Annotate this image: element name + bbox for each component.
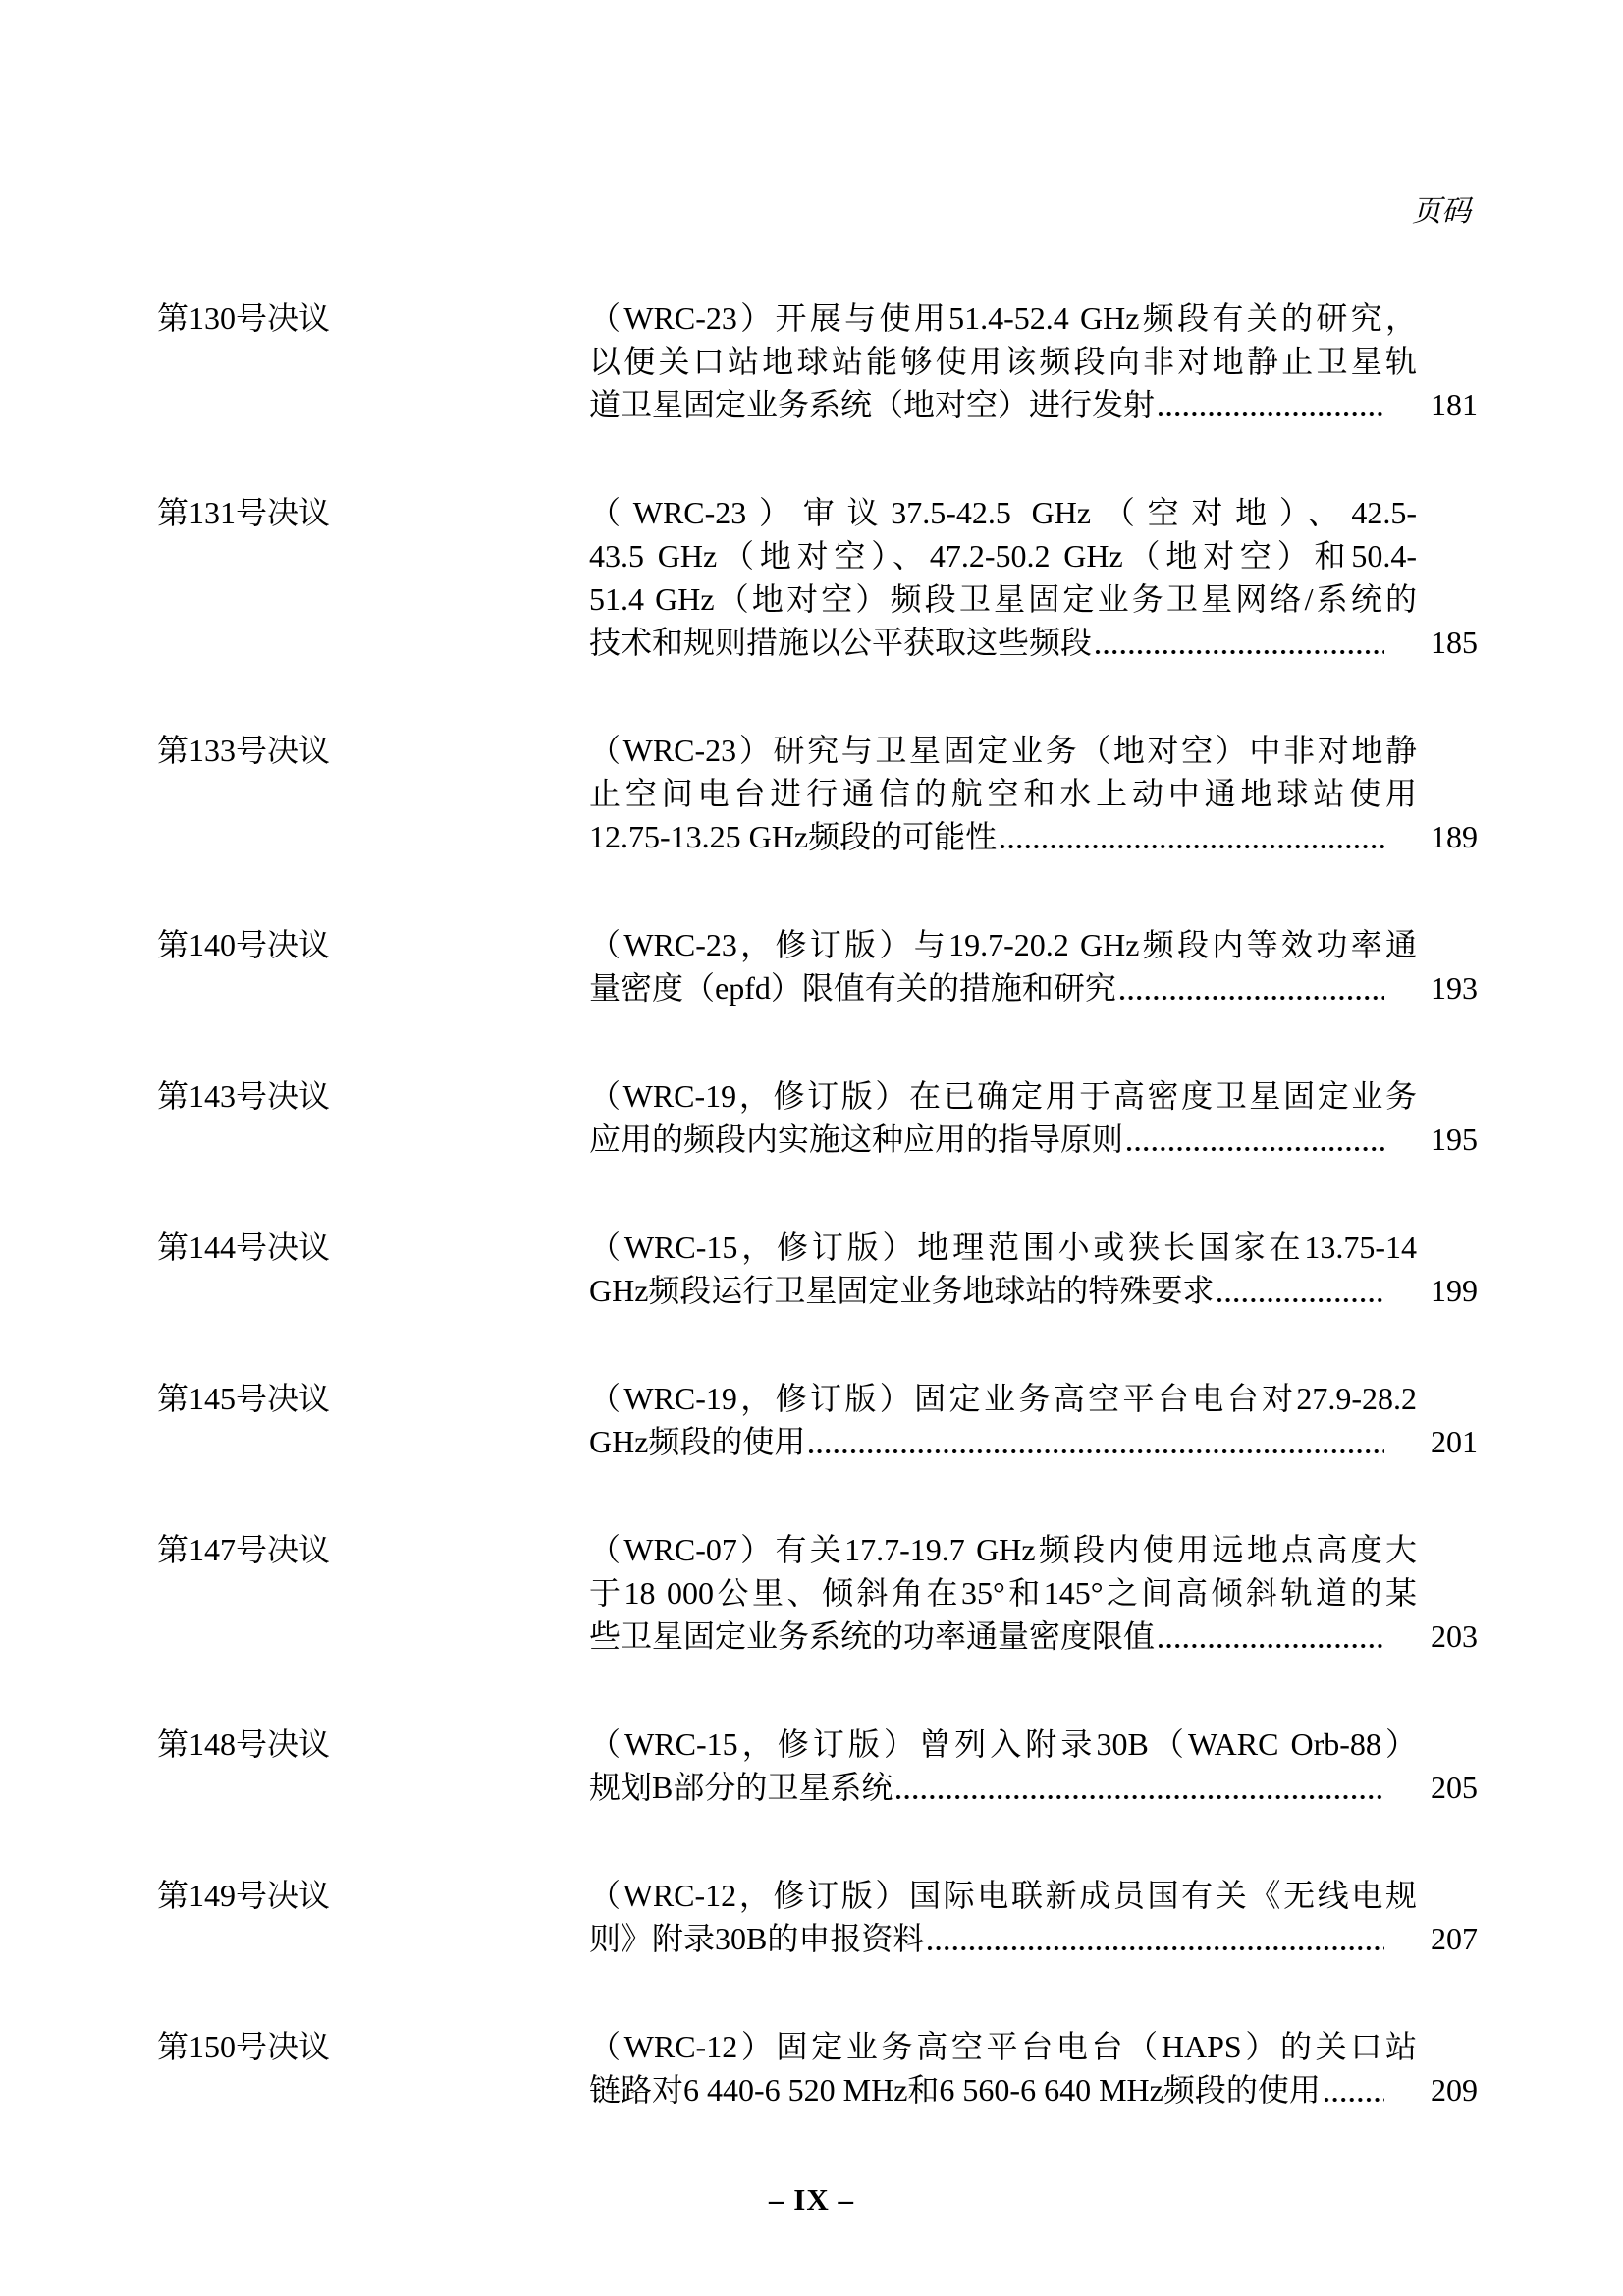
toc-last-line: 应用的频段内实施这种应用的指导原则195: [589, 1118, 1478, 1161]
toc-line: （WRC-23）审议37.5-42.5 GHz（空对地）、42.5-: [589, 491, 1478, 534]
page-number: 195: [1387, 1118, 1478, 1161]
toc-entry: 第133号决议（WRC-23）研究与卫星固定业务（地对空）中非对地静止空间电台进…: [157, 729, 1478, 858]
resolution-description: （WRC-23）研究与卫星固定业务（地对空）中非对地静止空间电台进行通信的航空和…: [589, 729, 1478, 858]
page-number: 193: [1387, 966, 1478, 1010]
page-number: 185: [1387, 621, 1478, 664]
toc-line: （WRC-15，修订版）曾列入附录30B（WARC Orb-88）: [589, 1722, 1478, 1766]
resolution-description: （WRC-12）固定业务高空平台电台（HAPS）的关口站链路对6 440-6 5…: [589, 2025, 1478, 2111]
header-page-label: 页码: [1412, 192, 1471, 232]
resolution-description: （WRC-23）开展与使用51.4-52.4 GHz频段有关的研究，以便关口站地…: [589, 297, 1478, 426]
toc-line: 51.4 GHz（地对空）频段卫星固定业务卫星网络/系统的: [589, 577, 1478, 621]
toc-line: 以便关口站地球站能够使用该频段向非对地静止卫星轨: [589, 340, 1478, 383]
toc-line: （WRC-12）固定业务高空平台电台（HAPS）的关口站: [589, 2025, 1478, 2068]
toc-line: 应用的频段内实施这种应用的指导原则: [589, 1118, 1123, 1161]
page-number: 207: [1387, 1917, 1478, 1960]
toc-line: 量密度（epfd）限值有关的措施和研究: [589, 966, 1116, 1010]
toc-line: （WRC-23，修订版）与19.7-20.2 GHz频段内等效功率通: [589, 923, 1478, 966]
toc-last-line: 则》附录30B的申报资料207: [589, 1917, 1478, 1960]
resolution-label: 第143号决议: [157, 1074, 589, 1161]
dot-leader: [1123, 1118, 1387, 1161]
toc-line: 止空间电台进行通信的航空和水上动中通地球站使用: [589, 772, 1478, 815]
resolution-label: 第133号决议: [157, 729, 589, 858]
toc-last-line: 规划B部分的卫星系统205: [589, 1766, 1478, 1809]
dot-leader: [1092, 621, 1387, 664]
page-number: 209: [1387, 2068, 1478, 2111]
resolution-label: 第144号决议: [157, 1226, 589, 1312]
page-number: 205: [1387, 1766, 1478, 1809]
toc-last-line: 些卫星固定业务系统的功率通量密度限值203: [589, 1614, 1478, 1658]
dot-leader: [893, 1766, 1387, 1809]
toc-line: 43.5 GHz（地对空）、47.2-50.2 GHz（地对空）和50.4-: [589, 534, 1478, 577]
resolution-description: （WRC-12，修订版）国际电联新成员国有关《无线电规则》附录30B的申报资料2…: [589, 1874, 1478, 1960]
toc-line: GHz频段运行卫星固定业务地球站的特殊要求: [589, 1269, 1214, 1312]
toc-line: （WRC-19，修订版）固定业务高空平台电台对27.9-28.2: [589, 1377, 1478, 1420]
toc-entry: 第150号决议（WRC-12）固定业务高空平台电台（HAPS）的关口站链路对6 …: [157, 2025, 1478, 2111]
page-number: 203: [1387, 1614, 1478, 1658]
toc-entry: 第149号决议（WRC-12，修订版）国际电联新成员国有关《无线电规则》附录30…: [157, 1874, 1478, 1960]
resolution-label: 第145号决议: [157, 1377, 589, 1463]
resolution-label: 第149号决议: [157, 1874, 589, 1960]
toc-last-line: 链路对6 440-6 520 MHz和6 560-6 640 MHz频段的使用2…: [589, 2068, 1478, 2111]
resolution-description: （WRC-23，修订版）与19.7-20.2 GHz频段内等效功率通量密度（ep…: [589, 923, 1478, 1010]
toc-line: 道卫星固定业务系统（地对空）进行发射: [589, 383, 1155, 426]
dot-leader: [1155, 1614, 1387, 1658]
resolution-description: （WRC-07）有关17.7-19.7 GHz频段内使用远地点高度大于18 00…: [589, 1528, 1478, 1658]
resolution-description: （WRC-15，修订版）地理范围小或狭长国家在13.75-14GHz频段运行卫星…: [589, 1226, 1478, 1312]
toc-last-line: 量密度（epfd）限值有关的措施和研究193: [589, 966, 1478, 1010]
page-number: 189: [1387, 815, 1478, 858]
dot-leader: [1116, 966, 1387, 1010]
resolution-description: （WRC-15，修订版）曾列入附录30B（WARC Orb-88）规划B部分的卫…: [589, 1722, 1478, 1809]
resolution-description: （WRC-23）审议37.5-42.5 GHz（空对地）、42.5-43.5 G…: [589, 491, 1478, 664]
toc-line: 12.75-13.25 GHz频段的可能性: [589, 815, 997, 858]
toc-last-line: 12.75-13.25 GHz频段的可能性189: [589, 815, 1478, 858]
page-number: 201: [1387, 1420, 1478, 1463]
toc-entry: 第147号决议（WRC-07）有关17.7-19.7 GHz频段内使用远地点高度…: [157, 1528, 1478, 1658]
toc-entry: 第143号决议（WRC-19，修订版）在已确定用于高密度卫星固定业务应用的频段内…: [157, 1074, 1478, 1161]
dot-leader: [1214, 1269, 1387, 1312]
toc-entry: 第131号决议（WRC-23）审议37.5-42.5 GHz（空对地）、42.5…: [157, 491, 1478, 664]
page-number: 199: [1387, 1269, 1478, 1312]
toc-line: （WRC-12，修订版）国际电联新成员国有关《无线电规: [589, 1874, 1478, 1917]
document-page: 页码 第130号决议（WRC-23）开展与使用51.4-52.4 GHz频段有关…: [0, 0, 1623, 2296]
dot-leader: [805, 1420, 1387, 1463]
toc-line: （WRC-19，修订版）在已确定用于高密度卫星固定业务: [589, 1074, 1478, 1118]
toc-entry: 第148号决议（WRC-15，修订版）曾列入附录30B（WARC Orb-88）…: [157, 1722, 1478, 1809]
dot-leader: [924, 1917, 1387, 1960]
toc-line: 则》附录30B的申报资料: [589, 1917, 924, 1960]
resolution-label: 第130号决议: [157, 297, 589, 426]
toc-line: 些卫星固定业务系统的功率通量密度限值: [589, 1614, 1155, 1658]
resolution-label: 第147号决议: [157, 1528, 589, 1658]
toc-entry: 第145号决议（WRC-19，修订版）固定业务高空平台电台对27.9-28.2G…: [157, 1377, 1478, 1463]
toc-last-line: GHz频段的使用201: [589, 1420, 1478, 1463]
toc-list: 第130号决议（WRC-23）开展与使用51.4-52.4 GHz频段有关的研究…: [157, 297, 1478, 2176]
dot-leader: [997, 815, 1387, 858]
toc-entry: 第144号决议（WRC-15，修订版）地理范围小或狭长国家在13.75-14GH…: [157, 1226, 1478, 1312]
resolution-description: （WRC-19，修订版）固定业务高空平台电台对27.9-28.2GHz频段的使用…: [589, 1377, 1478, 1463]
toc-line: （WRC-23）研究与卫星固定业务（地对空）中非对地静: [589, 729, 1478, 772]
resolution-description: （WRC-19，修订版）在已确定用于高密度卫星固定业务应用的频段内实施这种应用的…: [589, 1074, 1478, 1161]
toc-line: 规划B部分的卫星系统: [589, 1766, 893, 1809]
resolution-label: 第140号决议: [157, 923, 589, 1010]
footer-page-number: – IX –: [0, 2182, 1623, 2217]
resolution-label: 第131号决议: [157, 491, 589, 664]
toc-line: （WRC-23）开展与使用51.4-52.4 GHz频段有关的研究，: [589, 297, 1478, 340]
toc-last-line: GHz频段运行卫星固定业务地球站的特殊要求199: [589, 1269, 1478, 1312]
page-number: 181: [1387, 383, 1478, 426]
toc-last-line: 道卫星固定业务系统（地对空）进行发射181: [589, 383, 1478, 426]
toc-line: 技术和规则措施以公平获取这些频段: [589, 621, 1092, 664]
toc-entry: 第140号决议（WRC-23，修订版）与19.7-20.2 GHz频段内等效功率…: [157, 923, 1478, 1010]
toc-line: GHz频段的使用: [589, 1420, 805, 1463]
dot-leader: [1321, 2068, 1387, 2111]
dot-leader: [1155, 383, 1387, 426]
toc-entry: 第130号决议（WRC-23）开展与使用51.4-52.4 GHz频段有关的研究…: [157, 297, 1478, 426]
toc-last-line: 技术和规则措施以公平获取这些频段185: [589, 621, 1478, 664]
resolution-label: 第148号决议: [157, 1722, 589, 1809]
toc-line: （WRC-15，修订版）地理范围小或狭长国家在13.75-14: [589, 1226, 1478, 1269]
toc-line: 链路对6 440-6 520 MHz和6 560-6 640 MHz频段的使用: [589, 2068, 1321, 2111]
resolution-label: 第150号决议: [157, 2025, 589, 2111]
toc-line: （WRC-07）有关17.7-19.7 GHz频段内使用远地点高度大: [589, 1528, 1478, 1571]
toc-line: 于18 000公里、倾斜角在35°和145°之间高倾斜轨道的某: [589, 1571, 1478, 1614]
